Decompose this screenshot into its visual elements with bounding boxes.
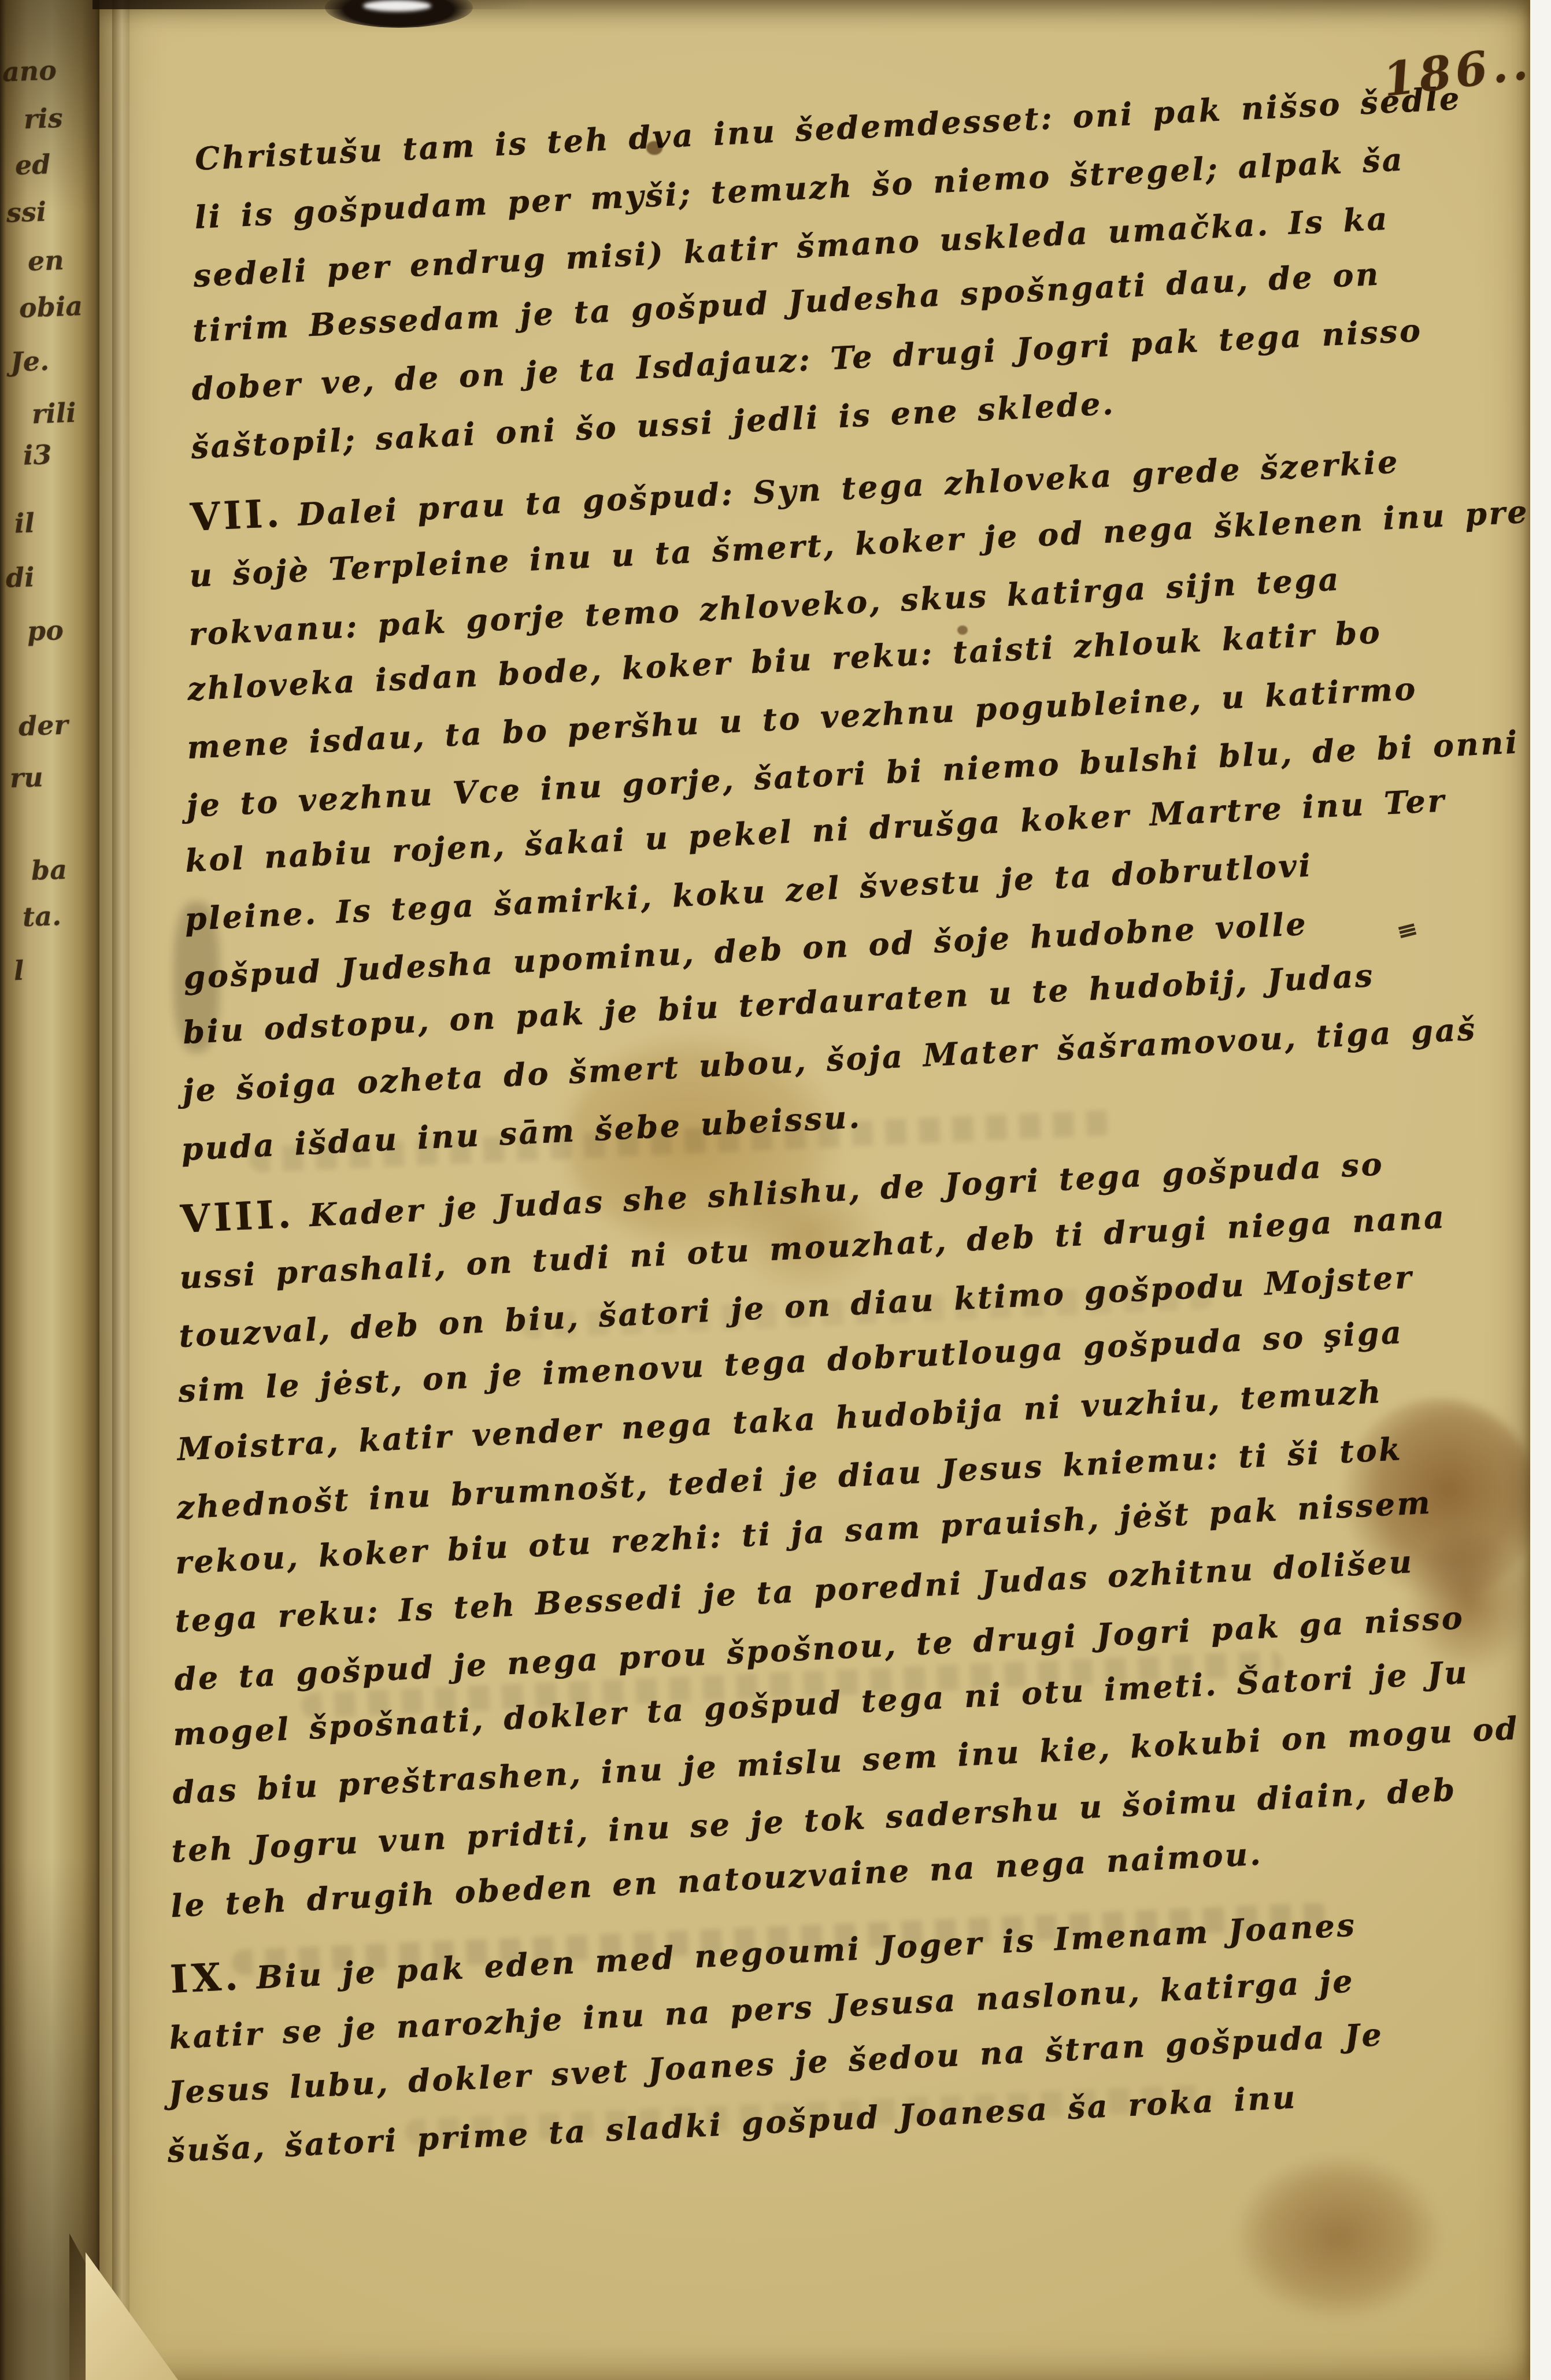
bleedthrough-fragment: obia: [18, 290, 83, 324]
bleedthrough-fragment: ed: [14, 149, 51, 181]
bleedthrough-fragment: der: [18, 709, 69, 742]
bleedthrough-fragment: ta.: [22, 900, 62, 932]
section-vii: VII.Dalei prau ta gošpud: Syn tega zhlov…: [195, 490, 1490, 1177]
bleedthrough-fragment: l: [13, 955, 24, 987]
bleedthrough-fragment: ssi: [6, 196, 47, 228]
bleedthrough-fragment: i3: [23, 439, 52, 471]
bleedthrough-fragment: il: [14, 507, 35, 539]
bleedthrough-fragment: ru: [9, 761, 44, 794]
binding-facing-page-strip: anorisedssienobiaJe.rilii3ildipoderrubat…: [0, 0, 99, 2380]
section-numeral: IX.: [169, 1953, 242, 2002]
scanned-manuscript: anorisedssienobiaJe.rilii3ildipoderrubat…: [0, 0, 1551, 2380]
section-intro: Christušu tam is teh dva inu šedemdesset…: [195, 132, 1490, 475]
binding-crease: [112, 0, 129, 2380]
section-numeral: VIII.: [179, 1191, 295, 1242]
bleedthrough-fragment: ba: [31, 854, 68, 886]
section-ix: IX.Biu je pak eden med negoumi Joger is …: [195, 1951, 1490, 2180]
bleedthrough-fragment: di: [5, 561, 35, 594]
bleedthrough-fragment: ano: [2, 54, 57, 87]
bleedthrough-fragment: po: [27, 615, 64, 647]
section-numeral: VII.: [189, 490, 283, 540]
bleedthrough-fragment: en: [27, 245, 65, 277]
bleedthrough-fragment: rili: [31, 397, 77, 430]
section-viii: VIII.Kader je Judas she shlishu, de Jogr…: [195, 1192, 1490, 1936]
ink-blot-shine: [363, 0, 431, 12]
bleedthrough-fragment: Je.: [10, 345, 50, 377]
scanner-background: [1530, 0, 1551, 2380]
bleedthrough-fragment: ris: [23, 102, 63, 135]
manuscript-text: Christušu tam is teh dva inu šedemdesset…: [195, 132, 1490, 2180]
